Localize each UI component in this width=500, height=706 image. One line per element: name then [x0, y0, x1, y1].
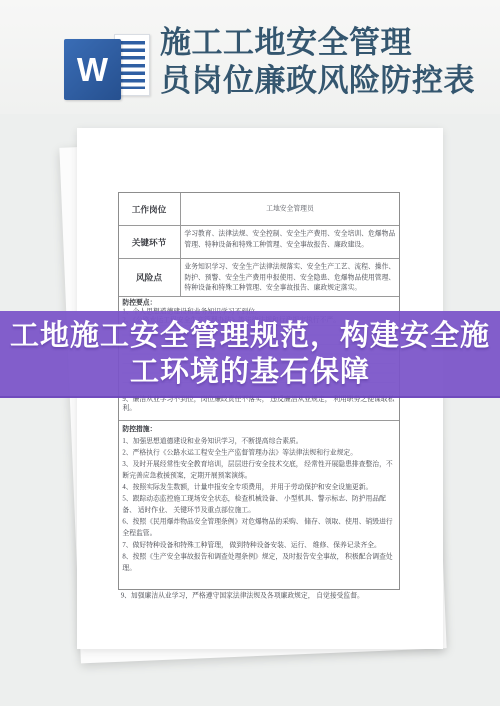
control-measure-item: 7、做好特种设备和特殊工种管理， 做到特种设备安装、运行、 维修、保养记录齐全。: [122, 539, 395, 551]
word-icon-letter-tile: W: [64, 39, 121, 100]
table-row: 关键环节 学习教育、法律法规、安全控制、安全生产费用、安全培训、危爆物品管理、特…: [119, 226, 399, 259]
row-value: 学习教育、法律法规、安全控制、安全生产费用、安全培训、危爆物品管理、特种设备和特…: [181, 226, 399, 253]
row-label: 关键环节: [132, 236, 167, 248]
control-measures-heading: 防控措施：: [122, 424, 395, 436]
control-measure-item: 2、严格执行《公路水运工程安全生产监督管理办法》等法律法规和行业规定。: [122, 447, 395, 459]
page-title-line2: 员岗位廉政风险防控表: [160, 62, 475, 100]
row-label: 工作岗位: [132, 203, 167, 215]
control-measure-item: 1、加强思想道德建设和业务知识学习，不断提高综合素质。: [122, 435, 395, 447]
headline-banner: 工地施工安全管理规范，构建安全施 工环境的基石保障: [0, 311, 500, 398]
row-value-cell: 工地安全管理员: [181, 193, 399, 225]
row-label: 风险点: [137, 271, 163, 283]
row-value: 工地安全管理员: [181, 193, 399, 225]
page-title-line1: 施工工地安全管理: [160, 24, 475, 62]
footer-item: 9、加强廉洁从业学习，严格遵守国家法律法规及各项廉政规定， 自觉接受监督。: [118, 590, 410, 602]
row-value-cell: 业务知识学习、安全生产法律法规落实、安全生产工艺、流程、操作、防护、预警、安全生…: [181, 259, 399, 296]
row-value: 业务知识学习、安全生产法律法规落实、安全生产工艺、流程、操作、防护、预警、安全生…: [181, 259, 399, 296]
headline-line2: 工环境的基石保障: [130, 354, 370, 390]
control-measure-item: 4、按照实际发生数额，计量申报安全专项费用， 并用于劳动保护和安全设施更新。: [122, 482, 395, 494]
control-measure-item: 3、及时开展经常性安全教育培训，层层进行安全技术交底， 经常性开展隐患排查整治，…: [122, 458, 395, 481]
table-row: 风险点 业务知识学习、安全生产法律法规落实、安全生产工艺、流程、操作、防护、预警…: [119, 259, 399, 297]
row-value-cell: 学习教育、法律法规、安全控制、安全生产费用、安全培训、危爆物品管理、特种设备和特…: [181, 226, 399, 258]
control-measures-section: 防控措施： 1、加强思想道德建设和业务知识学习，不断提高综合素质。 2、严格执行…: [119, 421, 399, 589]
page-title: 施工工地安全管理 员岗位廉政风险防控表: [160, 24, 475, 100]
control-points-heading: 防控要点：: [122, 298, 395, 307]
word-icon: W: [64, 33, 152, 103]
table-row: 工作岗位 工地安全管理员: [119, 193, 399, 226]
control-measure-item: 8、按照《生产安全事故报告和调查处理条例》规定，及时报告安全事故， 积极配合调查…: [122, 551, 395, 574]
row-label-cell: 工作岗位: [119, 193, 181, 225]
table-footer-note: 9、加强廉洁从业学习，严格遵守国家法律法规及各项廉政规定， 自觉接受监督。: [118, 590, 410, 608]
row-label-cell: 关键环节: [119, 226, 181, 258]
thumbnail-canvas: W 施工工地安全管理 员岗位廉政风险防控表 工作岗位 工地安全管理员 关键环节: [0, 0, 500, 706]
control-measure-item: 6、按照《民用爆炸物品安全管理条例》对危爆物品的采购、 储存、领取、使用、销毁进…: [122, 516, 395, 539]
control-measure-item: 5、跟踪动态监控施工现场安全状态，检查机械设备、 小型机具、警示标志、防护用品配…: [122, 493, 395, 516]
row-label-cell: 风险点: [119, 259, 181, 296]
word-icon-letter: W: [77, 53, 108, 86]
word-icon-text-lines: [119, 41, 145, 89]
headline-line1: 工地施工安全管理规范，构建安全施: [10, 318, 490, 354]
